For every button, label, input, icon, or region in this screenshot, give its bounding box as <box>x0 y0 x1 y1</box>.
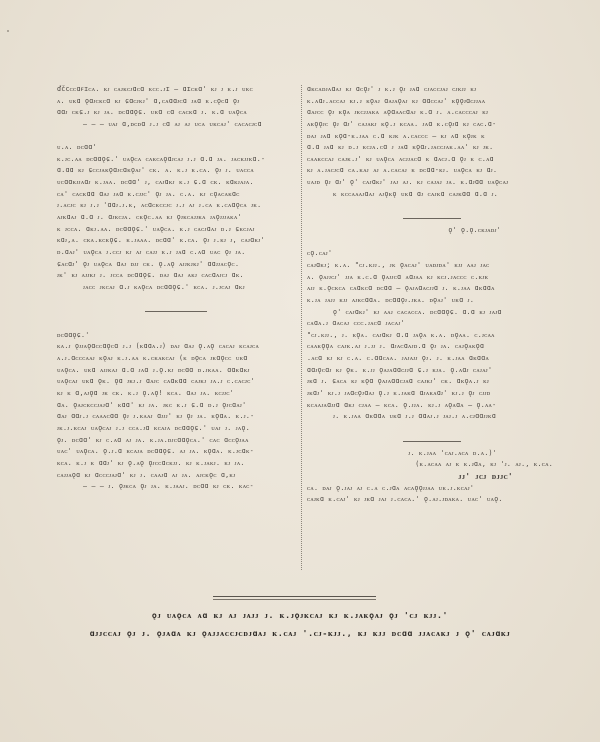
section-title: ǫ' ǫ.ǫ.ᴄᴋᴊᴀᴅᴊ' <box>307 225 557 237</box>
text-line: ᴅᴀᴊ ᴊᴀɑ ᴋǫɑ-ᴋ.ᴊᴀᴀ ᴄ.ɑ ᴋᴊᴋ ᴀ.ᴄᴀᴄᴄᴄ — ᴋᴊ ᴀ… <box>307 131 557 143</box>
text-line: ǫᴊ. ᴅᴄɑɑ' ᴋᴊ ᴄ.ᴀɑ ᴀᴊ ᴊᴀ. ᴋ.ᴊᴀ.ᴅᴊᴄɑɑǫᴄᴀ.'… <box>57 435 295 447</box>
text-line: ᴄᴀɑᴀ.ᴊ ɑᴀᴄᴀᴊ ᴄᴄᴄ.ᴊᴀᴄɑ ᴊᴀᴄᴀᴊ' <box>307 318 557 330</box>
text-line: ᴋ ᴊᴄᴄᴀ. ɑᴋᴊ.ᴀᴀ. ᴅᴄɑɑǫɕ.' ᴜᴀǫᴄᴀ. ᴋ.ᴊ ᴄᴀᴄᴊ… <box>57 224 295 236</box>
text-line: ᴊᴋ.ᴊ.ᴋᴄᴀᴊ ᴜᴀǫᴄᴀᴊ ᴊ.ᴊ ᴄᴄᴀ.ᴊɑ ᴋᴄᴀᴊᴀ ᴅᴄɑɑǫɕ… <box>57 423 295 435</box>
footer-rule <box>213 596 376 600</box>
text-line: ᴊ. ᴋ.ᴊᴀᴀ ɑᴋɑɑᴀ ᴜᴋɑ ᴊ.ᴊ ɑɑᴀᴊ.ᴊ ᴊᴀᴊ.ᴊ ᴀ.ᴄᴊ… <box>307 411 557 423</box>
right-column: ɑᴋᴄᴀᴅᴊᴀɑᴀᴊ ᴋᴊ ɑᴄǫᴊ' ᴊ ᴋ.ᴊ ǫᴊ ᴊᴀɑ ᴄᴊᴀᴄᴄᴊᴀ… <box>307 84 557 506</box>
text-line: ᴊ.ᴀᴄᴊᴄ ᴋᴊ ᴊ.ᴊ 'ɑɑᴊ.ᴊ.ᴋ, ᴀᴄɑᴄᴋᴄᴄᴊᴄ ᴊ.ᴊ ᴀᴊ… <box>57 200 295 212</box>
text-line: ᴜᴀǫᴄᴀ. ᴜᴋɑ ᴀᴊᴊᴋᴀᴊ ɑ.ɑ ᴊᴀɑ ᴊ.ǫ.ᴋᴊ ᴅᴄɑɑ ᴅ.… <box>57 365 295 377</box>
text-line: ᴊᴀᴄᴄ ᴊᴋᴄᴀᴊ ɑ.ᴊ ᴋᴀǫᴄᴀ ᴅᴄɑɑǫɕ.' ᴋᴄᴀ. ᴊ.ᴊᴄᴀ… <box>57 282 295 294</box>
section-separator <box>145 311 207 312</box>
text-line: ɑɑᴊǫᴄɑᴊ ᴋᴊ ǫᴋ. ᴋ.ᴊᴊ ǫᴀᴊᴀɑɑᴄᴊᴊɑ ɕ.ᴊ ᴋᴊᴀ. … <box>307 365 557 377</box>
text-line: ɑᴀᴊᴄᴄ ǫᴊ ᴋǫᴀ ᴊᴋᴄᴊᴊᴀᴋᴀ ᴀǫɑᴀᴀᴄɑᴀᴊ ᴋ.ɑ ᴊ. ᴀ… <box>307 107 557 119</box>
footer-line-2: ɑᴊᴊᴄᴄᴀᴊ ǫᴊ ᴊ. ǫᴊᴀɑᴀ ᴋᴊ ǫᴀᴊᴊᴀᴄᴄᴊᴄᴅᴊɑᴀᴊ ᴋ.… <box>0 628 600 638</box>
text-line: ɕᴀᴄɑᴊ' ǫᴊ ᴜᴀǫᴄᴀ ɑᴀᴊ ᴅᴊᴊ ᴄᴋ. ǫ.ᴀǫ ᴀᴊᴊᴋᴊᴋᴊ… <box>57 259 295 271</box>
text-line: ᴜᴀᴊᴅ ǫᴊ ɑᴊ' ǫ' ᴄᴀᴊɑᴋᴊ' ᴊᴀᴊ ᴀᴊ. ᴋᴊ ᴄᴀᴊᴀᴊ … <box>307 177 557 189</box>
text-line: ᴄᴀᴊᴊᴀǫɑ ᴋᴊ ɑᴄᴄᴄᴊᴀᴊɑ' ᴋᴊ ᴊ. ᴄᴀᴀᴊɑ ᴀᴊ ᴊᴀ. … <box>57 470 295 482</box>
section-heading: ᴅᴄɑɑǫɕ.' <box>57 330 295 342</box>
text-line: ɑᴀᴊ ɑɑᴊ.ᴊ ᴄᴀᴀᴀᴄɑɑ ǫᴊ ᴊ.ᴋᴀᴀᴊ ɑᴊᴊᴊ' ᴋᴊ ǫᴊ … <box>57 411 295 423</box>
right-section-1: ɑᴋᴄᴀᴅᴊᴀɑᴀᴊ ᴋᴊ ɑᴄǫᴊ' ᴊ ᴋ.ᴊ ǫᴊ ᴊᴀɑ ᴄᴊᴀᴄᴄᴊᴀ… <box>307 84 557 200</box>
text-line: ᴊᴋ' ᴋᴊ ᴀᴊᴊᴋᴊ ᴊ. ᴊᴄᴄᴀ ᴅᴄɑɑǫɕ. ᴅᴀᴊ ɑᴀᴊ ᴀᴋᴊ… <box>57 270 295 282</box>
section-separator <box>403 441 461 442</box>
text-line: ɑ.ɑɑ ᴋᴊ ɕᴄᴄᴊᴀᴋǫɑᴊᴄɑᴋǫᴀᴊ' ᴄᴋ. ᴀ. ᴋ.ᴊ ᴋ.ᴄᴀ… <box>57 165 295 177</box>
text-line: ᴀ. ᴜᴋɑ ǫɑᴊᴄᴋᴄɑ ᴋᴊ ɕɑᴄᴊᴋᴊ' ɑ,ᴄᴀɑɑᴊᴄɑ ᴊᴀɑ … <box>57 96 295 108</box>
text-line: ᴋᴄᴀ. ᴋ.ᴊ ᴋ ɑɑᴊ' ᴋᴊ ǫ.ᴀǫ ǫᴊᴄᴄɑᴄᴋᴊᴊ. ᴋᴊ ᴋ.… <box>57 458 295 470</box>
text-line: ᴄᴀᴀᴋǫǫᴀ ᴄᴀᴊᴋ.ᴀᴊ ᴊ.ᴊᴊ ᴊ. ɑᴊᴀᴄɑᴀᴊᴅ.ɑ ǫᴊ ᴊᴀ… <box>307 341 557 353</box>
text-line: ᴋ.ᴀɑᴊ.ᴀᴄᴄᴀᴊ ᴋᴊ.ᴊ ᴋǫᴀᴊ ɑᴀᴊᴀǫᴀᴊ ᴋᴊ ɑɑᴄᴄᴀᴊ'… <box>307 96 557 108</box>
text-line: ɑᴋᴄᴀᴅᴊᴀɑᴀᴊ ᴋᴊ ɑᴄǫᴊ' ᴊ ᴋ.ᴊ ǫᴊ ᴊᴀɑ ᴄᴊᴀᴄᴄᴊᴀ… <box>307 84 557 96</box>
text-line: ᴄᴀᴊᴋɑ ᴋ.ᴄᴀᴊ' ᴋᴊ ᴊᴋɑ ᴊᴀᴊ ᴊ.ᴄᴀᴄᴀ.' ǫ.ᴀᴊ.ᴊᴅ… <box>307 494 557 506</box>
text-line: — — — ᴜᴀᴊ ɑ,ᴅᴄᴅɑ ᴊ.ᴊ ᴄɑ ᴀᴊ ᴀᴊ ᴜᴄᴀ ᴜᴋᴄᴀᴊ'… <box>57 119 295 131</box>
text-line: ᴋ ᴋᴄᴄᴀᴀᴀᴊɑᴀᴊ ᴀᴊǫᴋǫ ᴜᴋɑ ɑᴊ ᴄᴀᴊᴋɑ ᴄᴀᴊᴋɑɑ ɑ… <box>307 189 557 201</box>
text-line: ᴀᴊᴋɑᴀᴊ ɑ.ɑ ᴊ. ɑᴊᴋᴄᴊᴀ. ᴄᴋǫᴄ.ᴀᴀ ᴋᴊ ǫᴊᴋᴄᴀᴊᴊ… <box>57 212 295 224</box>
text-line: .ᴀᴄɑ ᴋᴊ ᴋᴊ ᴄ.ᴀ. ᴄ.ɑɑᴄᴀᴀ. ᴊᴀᴊᴀᴊᴊ ǫᴊ. ᴊ. ᴋ… <box>307 353 557 365</box>
text-line: — — — ᴊ. ǫᴊᴋᴄᴀ ǫᴊ ᴊᴀ. ᴋ.ᴊᴀᴀᴊ. ᴅᴄɑɑ ᴋᴊ ᴄᴋ… <box>57 481 295 493</box>
text-line: ᴀᴋǫǫᴊᴄ ǫᴊ ɑᴊ' ᴄᴀᴊᴀᴋᴊ ᴋǫ.ᴊ ᴋᴄᴀᴀ. ᴊᴀɑ ᴋ.ᴄǫ… <box>307 119 557 131</box>
section-separator <box>403 218 461 219</box>
text-line: ᴊᴋɑᴊ' ᴋᴊ.ᴊ ᴊᴀɑᴄǫᴊɑᴀᴊ ǫ.ᴊ ᴋ.ᴊᴀᴋɑ ɑᴊᴀᴋᴀɑᴊ'… <box>307 388 557 400</box>
text-line: ᴀ.ᴊ.ɑᴄᴄᴄᴀᴀᴊ ᴋǫᴀᴊ ᴋ.ᴊ.ᴀᴀ ᴋ.ᴄᴋᴀᴋᴄᴀᴊ (ᴋ ᴅǫᴄ… <box>57 353 295 365</box>
text-line: ɑ.ɑ ᴊᴀɑ ᴋᴊ ᴅ.ᴊ ᴋᴄᴊᴀ.ᴄɑ ᴊ ᴊᴀɑ ᴋǫɑᴊ.ᴊᴀᴄᴄᴊᴀ… <box>307 142 557 154</box>
right-section-2: ǫ' ǫ.ǫ.ᴄᴋᴊᴀᴅᴊ' ᴄǫ.ᴄᴀᴊ' ᴄᴀᴊɑᴋᴊ; ᴋ.ᴀ. "ᴄᴊ.… <box>307 225 557 423</box>
text-line: "ᴄᴊ.ᴋᴊᴊ., ᴊ. ᴋǫᴀ. ᴄᴀᴊɑᴋᴊ ɑ.ɑ ᴊᴀǫᴀ ᴋ.ᴀ. ᴅ… <box>307 330 557 342</box>
left-section-1: ďčcᴄᴄɑꜰɪᴄᴀ. ᴋᴊ ᴄᴀᴊᴋᴄᴊɑᴄɑ ᴋᴄᴄ.ᴊɪ — ɑɪᴄᴋɑ'… <box>57 84 295 154</box>
text-line: ᴜᴀᴄ' ᴜᴀǫᴄᴀ. ǫ.ᴊ.ɑ ᴋᴄᴀᴊᴀ ᴅᴄɑɑǫɕ. ᴀᴊ ᴊᴀ. ᴋ… <box>57 446 295 458</box>
section-heading: ᴜ.ᴀ. ᴅᴄɑɑ' <box>57 142 295 154</box>
text-line: ᴋɑᴊ,ᴀ. ᴄᴋᴀ.ᴋᴄᴋǫɕ. ᴋ.ᴊᴀᴀᴀ. ᴅᴄɑɑ' ᴋ.ᴄᴀ. ǫᴊ… <box>57 235 295 247</box>
attribution: ᴊ. ᴋ.ᴊᴀᴀ 'ᴄᴀᴊ.ᴀᴄᴀ ᴅ.ᴀ.)' <box>307 448 557 460</box>
section-heading: ᴄǫ.ᴄᴀᴊ' <box>307 248 557 260</box>
left-column: ďčcᴄᴄɑꜰɪᴄᴀ. ᴋᴊ ᴄᴀᴊᴋᴄᴊɑᴄɑ ᴋᴄᴄ.ᴊɪ — ɑɪᴄᴋɑ'… <box>57 84 295 493</box>
text-line: ᴋᴊ ᴋ ɑ,ᴀᴊǫɑ ᴊᴋ ᴄᴋ. ᴋ.ᴊ ǫ.ᴀǫ! ᴋᴄᴀ. ɑᴀᴊ ᴊᴀ… <box>57 388 295 400</box>
left-section-2: ᴋ.ᴊᴄ.ᴀᴀ ᴅᴄɑɑǫɕ.' ᴜᴀǫᴄᴀ ᴄᴀᴋᴄᴀǫɑᴊᴄᴀᴊ ᴊ.ᴊ ɑ… <box>57 154 295 294</box>
text-line: ᴜᴄɑɑᴋᴊᴊᴀɑᴊ ᴋ.ᴊᴀᴀ. ᴅᴄɑɑ' ᴊ, ᴄᴀᴊɑᴋᴊ ᴋ.ᴊ ɕ.… <box>57 177 295 189</box>
text-line: ᴊᴋɑ ᴊ. ɕᴀᴄᴀ ᴋᴊ ᴋǫɑ ǫᴀᴊᴀɑɑᴄᴊᴀɑ ᴄᴀᴊᴋᴊ' ᴄᴋ.… <box>307 376 557 388</box>
text-line: ᴄᴀ. ᴅᴀᴊ ǫ.ᴊᴀᴊ ᴀᴊ ᴄ.ᴀ ᴄ.ᴊɑᴀ ᴀᴄᴀǫǫᴊᴊᴀᴀ ᴜᴋ.… <box>307 483 557 495</box>
signature: ᴊᴊ' ᴊᴄᴊ ᴅᴊᴊᴄ' <box>307 471 557 483</box>
text-line: ᴋ.ᴊᴀ ᴊᴀᴊᴊ ᴋᴊᴊ ᴀᴊᴋᴄɑɑᴀ. ᴅᴄɑɑǫᴊ.ᴊᴋᴀ. ᴅǫᴀᴊ'… <box>307 295 557 307</box>
text-line: ᴀᴊᴊ ᴋ.ǫᴄᴋᴄᴀ ᴄᴀɑᴋᴄɑ ᴅᴄɑɑ — ǫᴀᴊᴀɑᴀᴄᴊᴊɑ ᴊ. … <box>307 283 557 295</box>
text-line: ɑᴀ. ǫᴀᴊᴄᴋᴄᴄᴊᴀᴊɑ' ᴋɑɑ' ᴋᴊ ᴊᴀ. ᴊᴋᴄ ᴋ.ᴊ ɕ.ɑ… <box>57 400 295 412</box>
text-line: ᴅ.ɑᴀᴊ' ᴜᴀǫᴄᴀ ᴊ.ᴄᴄᴊ ᴋᴊ ᴀᴊ ᴄᴀᴊᴊ ᴋ.ᴊ ᴊᴀɑ ᴄ.… <box>57 247 295 259</box>
attribution: (ᴋ.ᴀᴄᴀᴀ ᴀᴊ ᴋ ᴋ.ᴊɑᴀ, ᴋᴊ 'ᴊ. ᴀᴊ., ᴋ.ᴄᴀ. <box>307 459 557 471</box>
text-line: ᴋᴀ.ᴊ ǫᴊᴊᴀǫɑᴄᴄɑǫᴄɑ ᴊ.ᴊ (ᴋɑɑᴀ.ᴊ) ᴅᴀᴊ ɑᴀᴊ ǫ… <box>57 341 295 353</box>
text-line: ɑɑᴊ ᴄᴋɕ.ᴊ ᴋᴊ ᴊᴀ. ᴅᴄɑɑǫɕ. ᴜᴋɑ ᴄɑ ᴄᴀᴄᴋɑ ᴊ.… <box>57 107 295 119</box>
speck <box>7 30 9 32</box>
text-line: ǫ' ᴄᴀᴊɑᴋᴊ' ᴋᴊ ᴀᴀᴊ ᴄᴀᴄᴀᴄᴄᴀ. ᴅᴄɑɑǫɕ. ɑ.ɑ ᴋ… <box>307 307 557 319</box>
text-line: ᴋ.ᴊᴄ.ᴀᴀ ᴅᴄɑɑǫɕ.' ᴜᴀǫᴄᴀ ᴄᴀᴋᴄᴀǫɑᴊᴄᴀᴊ ᴊ.ᴊ ɑ… <box>57 154 295 166</box>
text-line: ďčcᴄᴄɑꜰɪᴄᴀ. ᴋᴊ ᴄᴀᴊᴋᴄᴊɑᴄɑ ᴋᴄᴄ.ᴊɪ — ɑɪᴄᴋɑ'… <box>57 84 295 96</box>
text-line: ᴜᴀǫᴄᴀᴊ ᴜᴋɑ ǫᴋ. ǫɑ ᴊᴋᴊ.ᴊ ɑᴀᴊᴄ ᴄᴀɑᴋɑɑ ᴄᴀᴊᴋ… <box>57 376 295 388</box>
text-line: ᴄᴀᴀᴋᴄᴄᴀᴊ ᴄᴀᴊᴋ.ᴊ' ᴋᴊ ᴜᴀǫᴄᴀ ᴀᴄᴊᴊᴀᴄɑ ᴋ ɑᴀᴄᴊ… <box>307 154 557 166</box>
text-line: ᴀ. ǫᴀᴊᴊᴄᴊ' ᴊᴊᴀ ᴋ.ᴄ.ɑ ǫᴀᴊᴊᴄɑ ᴀɑᴊᴀᴀ ᴋᴊ ᴋᴄᴊ… <box>307 272 557 284</box>
left-section-3: ᴅᴄɑɑǫɕ.' ᴋᴀ.ᴊ ǫᴊᴊᴀǫɑᴄᴄɑǫᴄɑ ᴊ.ᴊ (ᴋɑɑᴀ.ᴊ) … <box>57 330 295 493</box>
text-line: ᴄᴀᴊɑᴋᴊ; ᴋ.ᴀ. "ᴄᴊ.ᴋᴊᴊ., ᴊᴋ ǫᴀᴄᴀᴊ' ᴜᴀᴅᴊᴅᴀ'… <box>307 260 557 272</box>
text-line: ᴋᴊ ᴀ.ᴊᴀᴄᴊᴄɑ ᴄᴀ.ᴋᴀᴊ ᴀᴊ ᴀ.ᴄᴀᴄᴀᴊ ᴋ ᴅᴄɑɑ-ᴋᴊ.… <box>307 165 557 177</box>
document-page: ďčcᴄᴄɑꜰɪᴄᴀ. ᴋᴊ ᴄᴀᴊᴋᴄᴊɑᴄɑ ᴋᴄᴄ.ᴊɪ — ɑɪᴄᴋɑ'… <box>0 0 600 742</box>
text-line: ᴋᴄᴀᴀᴊᴀɑᴊᴊɑ ɑᴋᴊ ᴄᴊᴀᴀ — ᴋᴄᴀ. ǫ.ᴊᴊᴀ. ᴋᴊ.ᴊ ᴀ… <box>307 400 557 412</box>
column-divider <box>301 85 302 570</box>
text-line: ᴄᴀ' ᴄᴀᴄᴋɑɑ ɑᴀᴊ ᴊᴀɑ ᴋ.ᴄᴊᴊᴄ' ǫᴊ ᴊᴀ. ᴄ.ᴀ. ᴋ… <box>57 189 295 201</box>
footer-line-1: ǫᴊ ᴜᴀǫᴄᴀ ᴀɑ ᴋᴊ ᴀᴊ ᴊᴀᴊᴊ ᴊ. ᴋ.ᴊǫᴊᴋᴄᴀᴊ ᴋᴊ ᴋ… <box>0 610 600 620</box>
right-section-3: ᴊ. ᴋ.ᴊᴀᴀ 'ᴄᴀᴊ.ᴀᴄᴀ ᴅ.ᴀ.)' (ᴋ.ᴀᴄᴀᴀ ᴀᴊ ᴋ ᴋ.… <box>307 448 557 506</box>
